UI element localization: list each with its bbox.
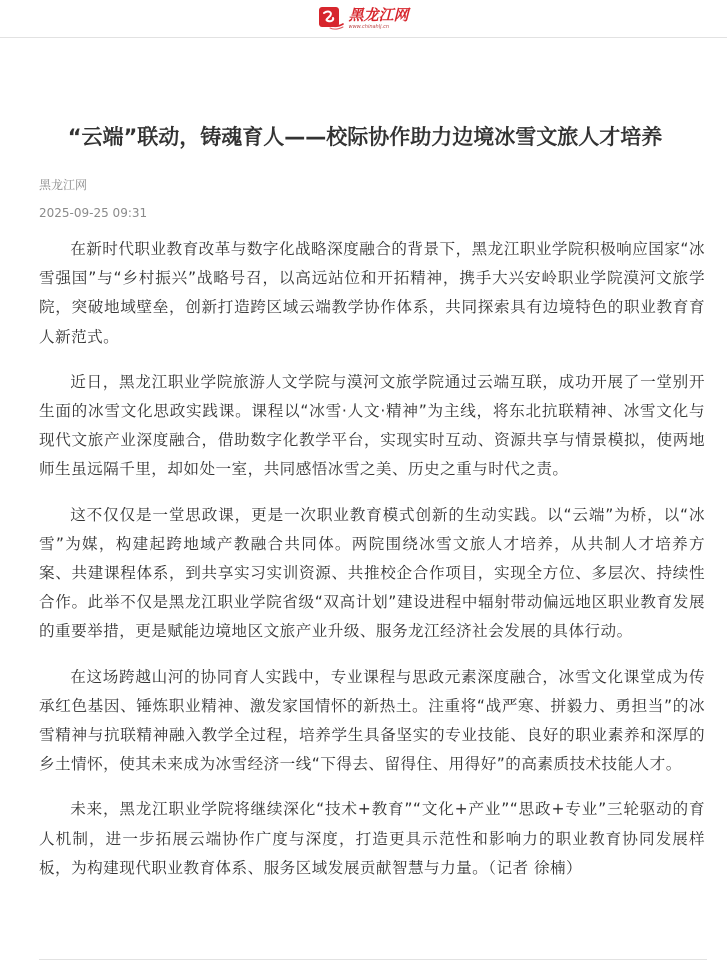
article-source: 黑龙江网 bbox=[39, 177, 703, 193]
article-body: 在新时代职业教育改革与数字化战略深度融合的背景下，黑龙江职业学院积极响应国家“冰… bbox=[39, 235, 705, 883]
bottom-divider bbox=[39, 959, 707, 960]
article-paragraph: 未来，黑龙江职业学院将继续深化“技术+教育”“文化+产业”“思政+专业”三轮驱动… bbox=[39, 795, 705, 883]
article-paragraph: 在这场跨越山河的协同育人实践中，专业课程与思政元素深度融合，冰雪文化课堂成为传承… bbox=[39, 663, 705, 780]
article-date: 2025-09-25 09:31 bbox=[39, 205, 703, 221]
heilongjiang-net-logo-icon bbox=[318, 6, 344, 32]
article: “云端”联动，铸魂育人——校际协作助力边境冰雪文旅人才培养 黑龙江网 2025-… bbox=[0, 121, 727, 883]
logo-title: 黑龙江网 bbox=[348, 8, 408, 23]
site-header: 黑龙江网 www.chinahlj.cn bbox=[0, 0, 727, 38]
article-paragraph: 近日，黑龙江职业学院旅游人文学院与漠河文旅学院通过云端互联，成功开展了一堂别开生… bbox=[39, 368, 705, 485]
article-paragraph: 这不仅仅是一堂思政课，更是一次职业教育模式创新的生动实践。以“云端”为桥，以“冰… bbox=[39, 501, 705, 647]
site-logo[interactable]: 黑龙江网 www.chinahlj.cn bbox=[318, 3, 408, 35]
logo-url: www.chinahlj.cn bbox=[348, 25, 389, 30]
article-paragraph: 在新时代职业教育改革与数字化战略深度融合的背景下，黑龙江职业学院积极响应国家“冰… bbox=[39, 235, 705, 352]
article-title: “云端”联动，铸魂育人——校际协作助力边境冰雪文旅人才培养 bbox=[27, 121, 703, 153]
